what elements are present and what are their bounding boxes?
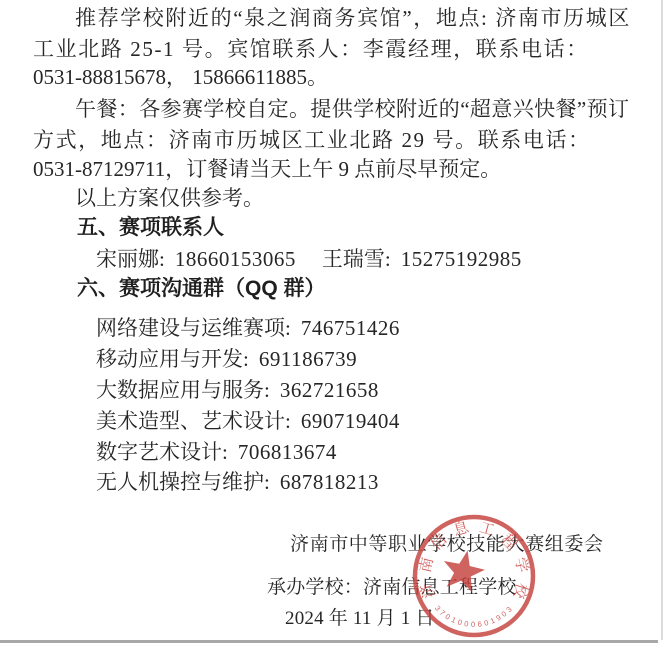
qq-group-label: 美术造型、艺术设计: [96,409,291,433]
qq-group-number: 691186739 [259,347,357,371]
qq-group-number: 362721658 [280,378,379,402]
seal-ring [415,517,533,635]
note-line: 以上方案仅供参考。 [75,186,667,210]
qq-group-number: 690719404 [301,409,400,433]
page-bottom-border [0,640,658,643]
official-seal: 济南信息工程学校 3701000601903 [405,505,555,645]
lunch-paragraph-line3: 0531-87129711，订餐请当天上午 9 点前尽早预定。 [33,157,653,181]
contact-name-2: 王瑞雪: [322,247,391,271]
hotel-paragraph-line1: 推荐学校附近的“泉之润商务宾馆”，地点: 济南市历城区 [75,6,667,30]
section5-heading: 五、赛项联系人 [77,216,224,240]
qq-group-number: 687818213 [280,470,379,494]
hotel-paragraph-line3: 0531-88815678， 15866611885。 [33,65,653,89]
contact-phone-1: 18660153065 [175,247,296,271]
qq-group-row: 无人机操控与维护:687818213 [96,470,379,494]
document-page: 推荐学校附近的“泉之润商务宾馆”，地点: 济南市历城区 工业北路 25-1 号。… [0,0,667,645]
qq-group-row: 网络建设与运维赛项:746751426 [96,316,400,340]
lunch-paragraph-line2: 方式，地点：济南市历城区工业北路 29 号。联系电话： [33,128,653,152]
lunch-paragraph-line1: 午餐：各参赛学校自定。提供学校附近的“超意兴快餐”预订 [75,97,667,121]
qq-group-label: 无人机操控与维护: [96,470,270,494]
qq-group-label: 移动应用与开发: [96,347,249,371]
qq-group-row: 移动应用与开发:691186739 [96,347,357,371]
qq-group-row: 大数据应用与服务:362721658 [96,378,379,402]
hotel-paragraph-line2: 工业北路 25-1 号。宾馆联系人：李霞经理，联系电话： [33,37,653,61]
page-right-border [661,0,663,640]
qq-group-label: 大数据应用与服务: [96,378,270,402]
qq-group-label: 数字艺术设计: [96,440,228,464]
qq-group-row: 美术造型、艺术设计:690719404 [96,409,400,433]
qq-group-label: 网络建设与运维赛项: [96,316,291,340]
seal-star-icon [444,551,485,593]
contact-phone-2: 15275192985 [401,247,522,271]
qq-group-number: 706813674 [238,440,337,464]
qq-group-number: 746751426 [301,316,400,340]
contact-name-1: 宋丽娜: [96,247,165,271]
contacts-line: 宋丽娜:18660153065王瑞雪:15275192985 [96,247,522,271]
qq-group-row: 数字艺术设计:706813674 [96,440,337,464]
section6-heading: 六、赛项沟通群（QQ 群） [77,277,326,301]
